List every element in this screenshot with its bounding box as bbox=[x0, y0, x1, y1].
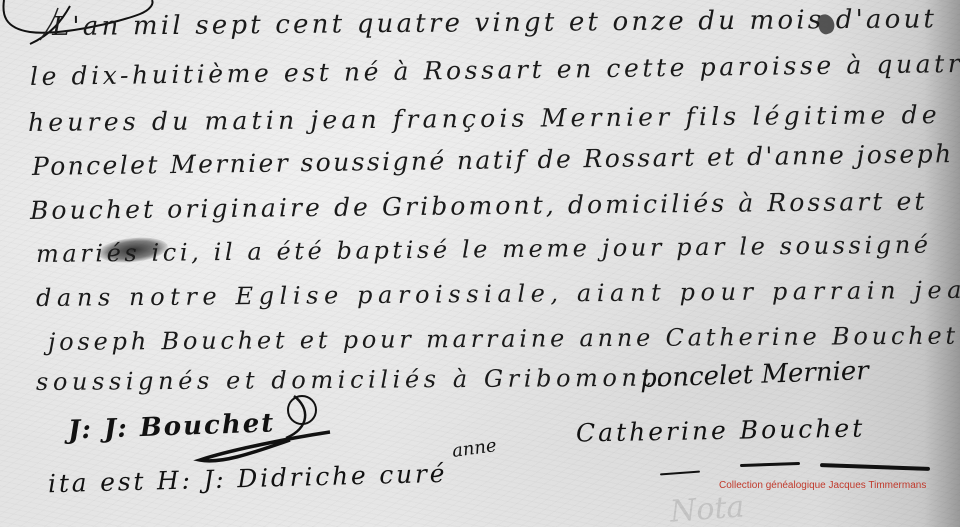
register-line-2: le dix-huitième est né à Rossart en cett… bbox=[30, 49, 960, 91]
signature-underline-right bbox=[820, 463, 930, 471]
page-edge-shadow bbox=[924, 0, 960, 527]
bleedthrough-text: Nota bbox=[669, 489, 746, 527]
register-line-5: Bouchet originaire de Gribomont, domicil… bbox=[30, 187, 928, 225]
register-line-3: heures du matin jean françois Mernier fi… bbox=[28, 100, 941, 137]
signature-underline-left bbox=[660, 471, 700, 476]
register-line-7: dans notre Eglise paroissiale, aiant pou… bbox=[36, 276, 960, 312]
register-line-9: soussignés et domiciliés à Gribomont. bbox=[36, 364, 668, 396]
register-line-8: joseph Bouchet et pour marraine anne Cat… bbox=[48, 322, 959, 356]
signature-underline bbox=[740, 462, 800, 467]
signature-paraph-icon bbox=[190, 388, 340, 468]
scanned-register-page: L'an mil sept cent quatre vingt et onze … bbox=[0, 0, 960, 527]
signature-priest: ita est H: J: Didriche curé bbox=[48, 459, 448, 498]
register-line-6: mariés ici, il a été baptisé le meme jou… bbox=[36, 231, 932, 268]
signature-godmother-prefix: anne bbox=[451, 435, 498, 462]
signature-father: poncelet Mernier bbox=[640, 356, 870, 394]
signature-godmother: Catherine Bouchet bbox=[576, 413, 866, 447]
collection-watermark: Collection généalogique Jacques Timmerma… bbox=[719, 480, 926, 491]
register-line-1: L'an mil sept cent quatre vingt et onze … bbox=[52, 4, 937, 42]
register-line-4: Poncelet Mernier soussigné natif de Ross… bbox=[32, 139, 954, 181]
